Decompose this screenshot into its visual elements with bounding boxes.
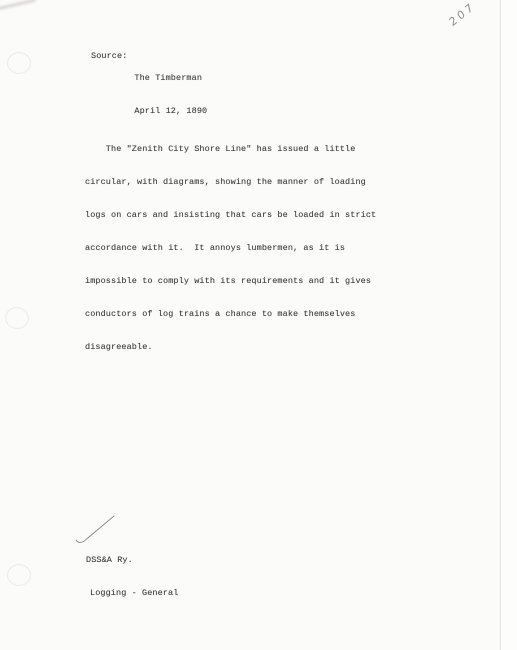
paragraph-line: accordance with it. It annoys lumbermen,… <box>85 243 376 254</box>
punch-hole <box>7 52 31 74</box>
punch-hole <box>4 305 31 330</box>
source-date: April 12, 1890 <box>134 106 207 117</box>
paragraph-line: disagreeable. <box>85 342 376 353</box>
paragraph-line: circular, with diagrams, showing the man… <box>85 177 376 188</box>
corner-fold-shadow <box>0 0 36 10</box>
pencil-page-number: 207 <box>447 0 478 29</box>
paragraph-line: impossible to comply with its requiremen… <box>85 276 376 287</box>
punch-hole <box>7 564 31 586</box>
source-publication: The Timberman <box>134 73 207 84</box>
paper-right-edge <box>500 0 517 650</box>
scanned-document-page: 207 Source: The Timberman April 12, 1890… <box>0 0 517 650</box>
railroad-name: DSS&A Ry. <box>86 555 178 566</box>
paragraph-line: conductors of log trains a chance to mak… <box>85 309 376 320</box>
paragraph-line: The "Zenith City Shore Line" has issued … <box>85 144 376 155</box>
paragraph-line: logs on cars and insisting that cars be … <box>85 210 376 221</box>
body-paragraph: The "Zenith City Shore Line" has issued … <box>85 122 376 375</box>
subject-heading: Logging - General <box>86 588 178 599</box>
filing-classification: DSS&A Ry. Logging - General <box>86 533 178 621</box>
